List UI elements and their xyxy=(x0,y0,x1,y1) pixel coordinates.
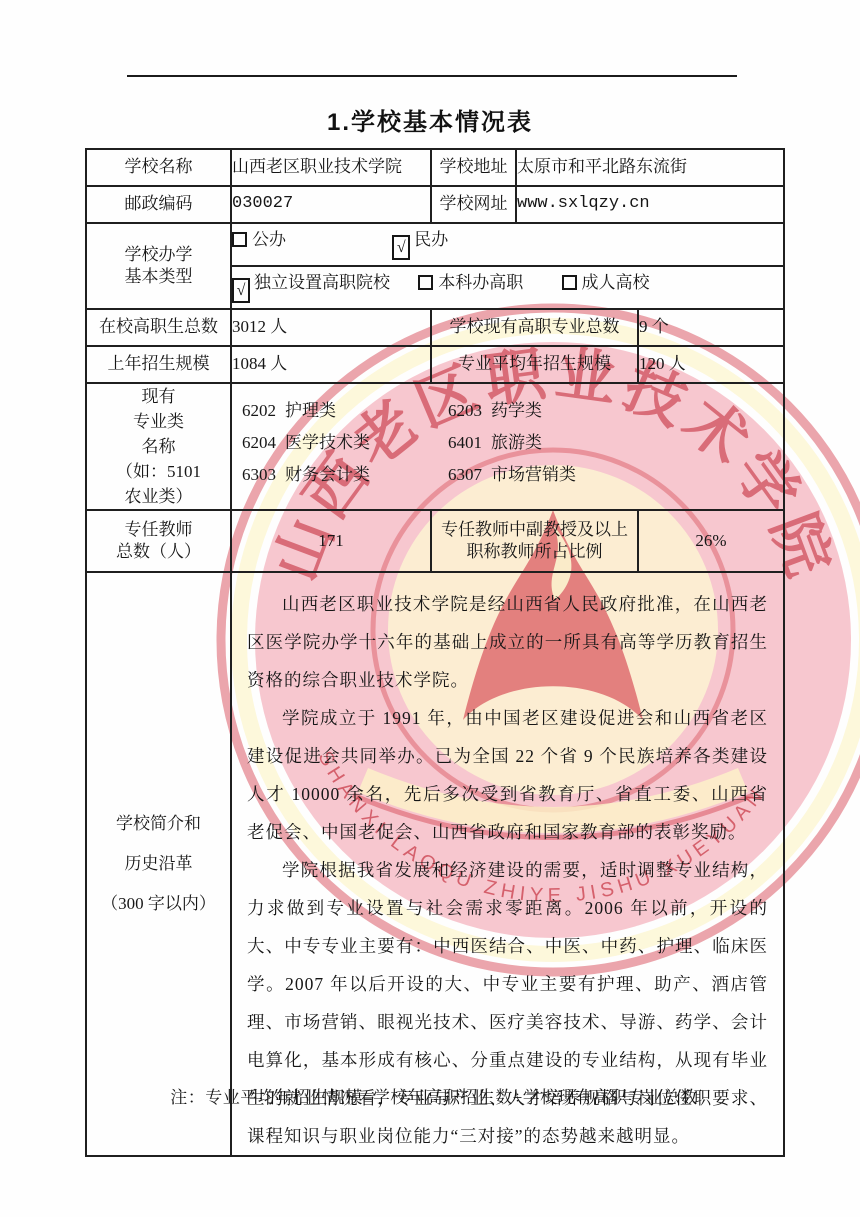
checkbox-unchecked-icon xyxy=(418,275,433,290)
students-total-label: 在校高职生总数 xyxy=(86,309,231,346)
intro-paragraph: 学院成立于 1991 年，由中国老区建设促进会和山西省老区建设促进会共同举办。已… xyxy=(247,699,768,851)
major-item: 6307市场营销类 xyxy=(448,464,783,485)
majors-total-label: 学校现有高职专业总数 xyxy=(431,309,638,346)
table-row: 学校名称 山西老区职业技术学院 学校地址 太原市和平北路东流街 xyxy=(86,149,784,186)
major-item: 6401旅游类 xyxy=(448,432,783,453)
table-row: 在校高职生总数 3012 人 学校现有高职专业总数 9 个 xyxy=(86,309,784,346)
students-total-value: 3012 人 xyxy=(231,309,431,346)
intro-content: 山西老区职业技术学院是经山西省人民政府批准，在山西老区医学院办学十六年的基础上成… xyxy=(231,572,784,1156)
checkbox-unchecked-icon xyxy=(232,232,247,247)
website-label: 学校网址 xyxy=(431,186,516,223)
avg-intake-label: 专业平均年招生规模 xyxy=(431,346,638,383)
option-private: √民办 xyxy=(392,230,448,249)
majors-label: 现有 专业类 名称 （如：5101 农业类） xyxy=(86,383,231,510)
table-row: 学校办学 基本类型 公办 √民办 xyxy=(86,223,784,266)
intake-label: 上年招生规模 xyxy=(86,346,231,383)
intro-label: 学校简介和 历史沿革 （300 字以内） xyxy=(86,572,231,1156)
school-type-options-row2: √独立设置高职院校 本科办高职 成人高校 xyxy=(231,266,784,309)
table-row: 现有 专业类 名称 （如：5101 农业类） 6202护理类 6203药学类 6… xyxy=(86,383,784,510)
option-adult-college: 成人高校 xyxy=(562,273,650,292)
teachers-total-value: 171 xyxy=(231,510,431,572)
intro-paragraph: 山西老区职业技术学院是经山西省人民政府批准，在山西老区医学院办学十六年的基础上成… xyxy=(247,585,768,699)
school-name-value: 山西老区职业技术学院 xyxy=(231,149,431,186)
major-item: 6204医学技术类 xyxy=(242,432,448,453)
table-row: 专任教师 总数（人） 171 专任教师中副教授及以上 职称教师所占比例 26% xyxy=(86,510,784,572)
postcode-label: 邮政编码 xyxy=(86,186,231,223)
page-title: 1.学校基本情况表 xyxy=(0,102,860,137)
teachers-ratio-value: 26% xyxy=(638,510,784,572)
teachers-ratio-label: 专任教师中副教授及以上 职称教师所占比例 xyxy=(431,510,638,572)
postcode-value: 030027 xyxy=(231,186,431,223)
website-value: www.sxlqzy.cn xyxy=(516,186,784,223)
address-value: 太原市和平北路东流街 xyxy=(516,149,784,186)
majors-total-value: 9 个 xyxy=(638,309,784,346)
major-item: 6203药学类 xyxy=(448,400,783,421)
major-item: 6202护理类 xyxy=(242,400,448,421)
table-row: 上年招生规模 1084 人 专业平均年招生规模 120 人 xyxy=(86,346,784,383)
header-rule xyxy=(127,75,737,77)
school-type-label: 学校办学 基本类型 xyxy=(86,223,231,309)
intake-value: 1084 人 xyxy=(231,346,431,383)
option-independent-college: √独立设置高职院校 xyxy=(232,273,390,292)
table-row: 学校简介和 历史沿革 （300 字以内） 山西老区职业技术学院是经山西省人民政府… xyxy=(86,572,784,1156)
intro-paragraph: 学院根据我省发展和经济建设的需要，适时调整专业结构，力求做到专业设置与社会需求零… xyxy=(247,851,768,1155)
checkbox-checked-icon: √ xyxy=(392,235,410,260)
option-public: 公办 xyxy=(232,230,286,249)
checkbox-checked-icon: √ xyxy=(232,278,250,303)
option-undergrad-run: 本科办高职 xyxy=(418,273,523,292)
school-info-table: 学校名称 山西老区职业技术学院 学校地址 太原市和平北路东流街 邮政编码 030… xyxy=(85,148,785,1157)
address-label: 学校地址 xyxy=(431,149,516,186)
avg-intake-value: 120 人 xyxy=(638,346,784,383)
major-item: 6303财务会计类 xyxy=(242,464,448,485)
document-page: 山西老区职业技术学院 SHANXI LAOQU ZHIYE JISHU XUEY… xyxy=(0,0,860,1217)
teachers-total-label: 专任教师 总数（人） xyxy=(86,510,231,572)
school-name-label: 学校名称 xyxy=(86,149,231,186)
footnote: 注：专业平均年招生规模=学校年高职招生数÷学校现有高职专业总数 xyxy=(85,1083,783,1108)
checkbox-unchecked-icon xyxy=(562,275,577,290)
school-type-options-row1: 公办 √民办 xyxy=(231,223,784,266)
majors-list: 6202护理类 6203药学类 6204医学技术类 6401旅游类 6303财务… xyxy=(231,383,784,510)
table-row: 邮政编码 030027 学校网址 www.sxlqzy.cn xyxy=(86,186,784,223)
